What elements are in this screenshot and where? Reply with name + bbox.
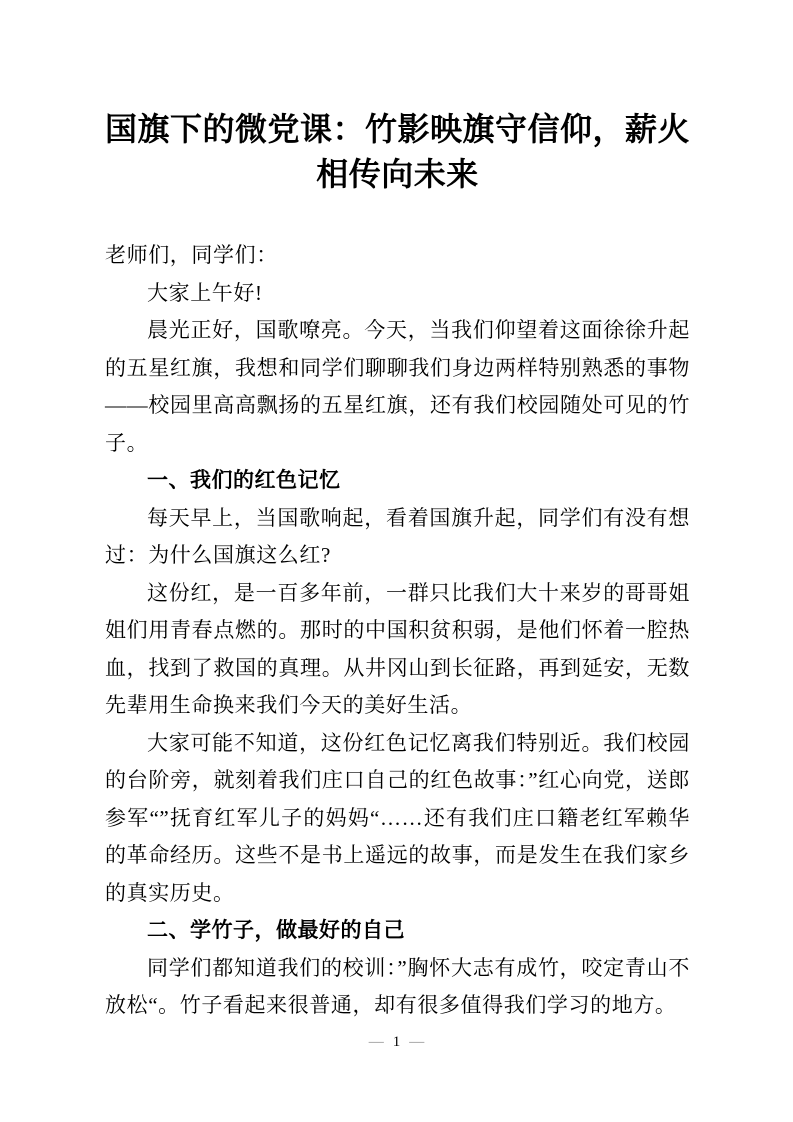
- document-title-line-1: 国旗下的微党课：竹影映旗守信仰，薪火: [105, 107, 690, 152]
- page-footer: —1—: [0, 1032, 793, 1052]
- footer-dash-right: —: [409, 1034, 424, 1050]
- footer-dash-left: —: [369, 1034, 384, 1050]
- document-title: 国旗下的微党课：竹影映旗守信仰，薪火 相传向未来: [105, 107, 690, 197]
- section-heading-one: 一、我们的红色记忆: [105, 462, 690, 500]
- section-heading-two: 二、学竹子，做最好的自己: [105, 912, 690, 950]
- paragraph-section1-a: 每天早上，当国歌响起，看着国旗升起，同学们有没有想过：为什么国旗这么红?: [105, 500, 690, 575]
- paragraph-greeting: 大家上午好!: [105, 275, 690, 313]
- document-page: 国旗下的微党课：竹影映旗守信仰，薪火 相传向未来 老师们，同学们： 大家上午好!…: [0, 0, 793, 1122]
- paragraph-section2-a: 同学们都知道我们的校训：”胸怀大志有成竹，咬定青山不放松“。竹子看起来很普通，却…: [105, 950, 690, 1025]
- paragraph-section1-c: 大家可能不知道，这份红色记忆离我们特别近。我们校园的台阶旁，就刻着我们庄口自己的…: [105, 725, 690, 913]
- document-body: 老师们，同学们： 大家上午好! 晨光正好，国歌嘹亮。今天，当我们仰望着这面徐徐升…: [105, 237, 690, 1025]
- page-number: 1: [393, 1032, 401, 1052]
- paragraph-section1-b: 这份红，是一百多年前，一群只比我们大十来岁的哥哥姐姐们用青春点燃的。那时的中国积…: [105, 575, 690, 725]
- paragraph-intro: 晨光正好，国歌嘹亮。今天，当我们仰望着这面徐徐升起的五星红旗，我想和同学们聊聊我…: [105, 312, 690, 462]
- paragraph-salutation: 老师们，同学们：: [105, 237, 690, 275]
- document-title-line-2: 相传向未来: [105, 152, 690, 197]
